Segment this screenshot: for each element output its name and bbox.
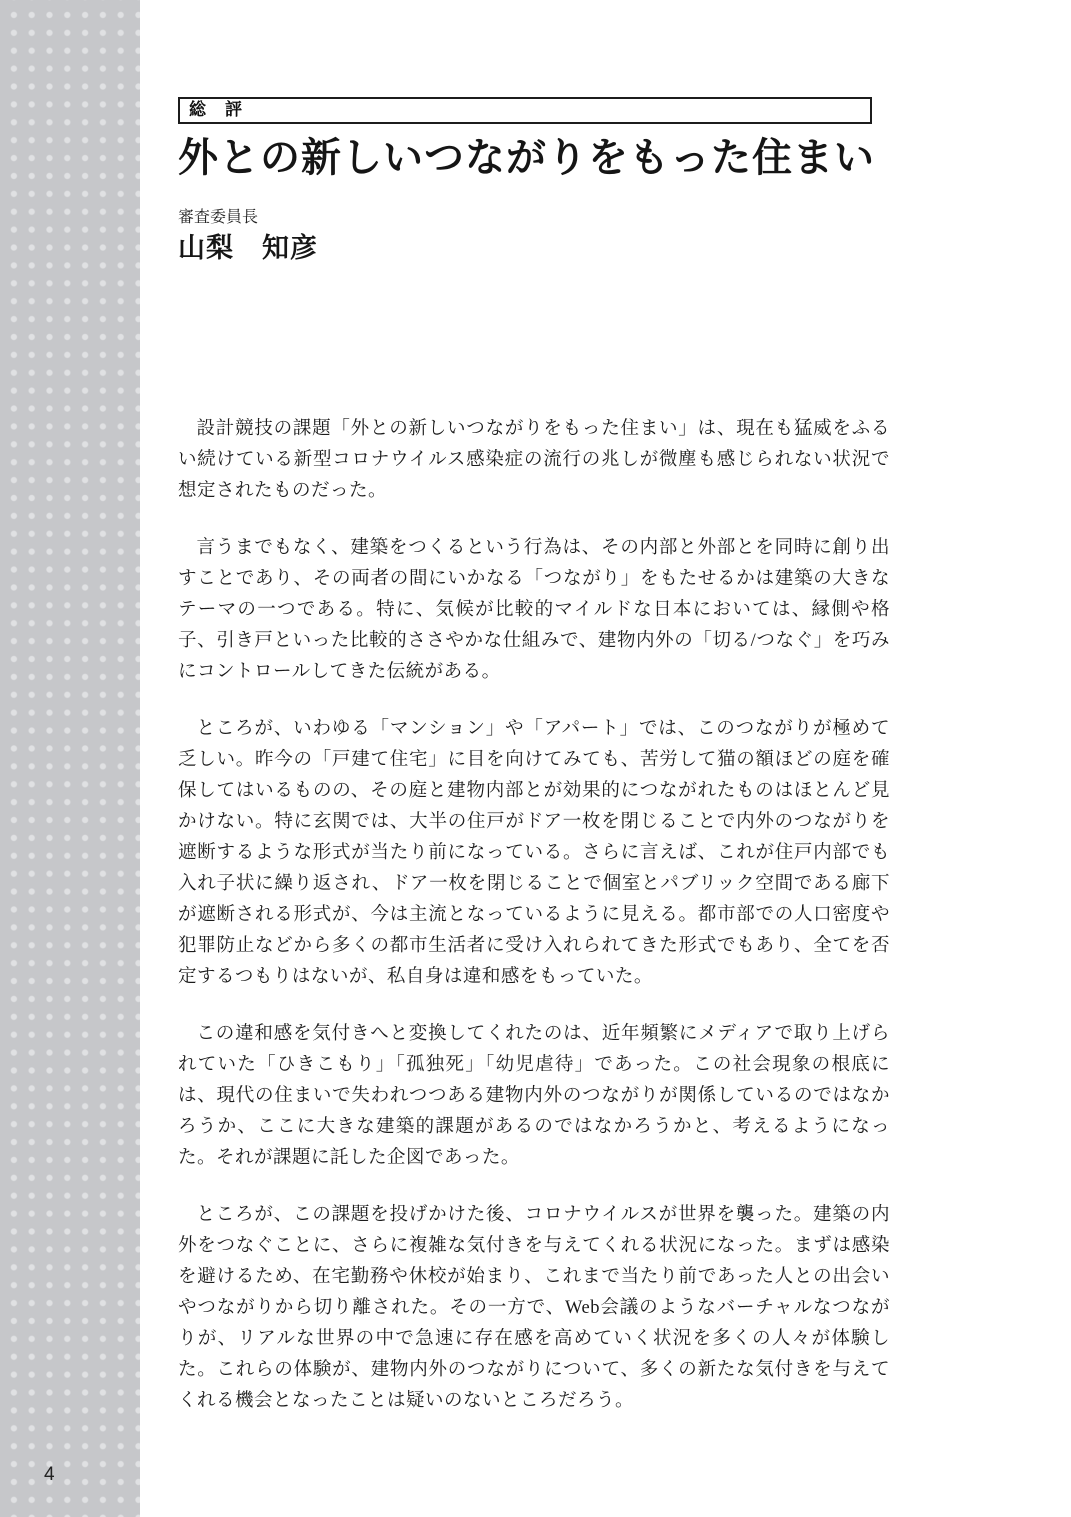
author-role: 審査委員長 [178, 208, 890, 227]
author-name: 山梨 知彦 [178, 231, 890, 266]
article-paragraph: ところが、この課題を投げかけた後、コロナウイルスが世界を襲った。建築の内外をつな… [178, 1200, 890, 1417]
document-page: { "page": { "number": "4" }, "header": {… [0, 0, 1071, 1517]
article-paragraph: ところが、いわゆる「マンション」や「アパート」では、このつながりが極めて乏しい。… [178, 714, 890, 993]
page-title: 外との新しいつながりをもった住まい [178, 135, 890, 181]
section-label-box: 総 評 [178, 97, 872, 124]
article-paragraph: 言うまでもなく、建築をつくるという行為は、その内部と外部とを同時に創り出すことで… [178, 533, 890, 688]
page-content: 総 評 外との新しいつながりをもった住まい 審査委員長 山梨 知彦 設計競技の課… [178, 97, 890, 1443]
article-body: 設計競技の課題「外との新しいつながりをもった住まい」は、現在も猛威をふるい続けて… [178, 414, 890, 1417]
page-number: 4 [44, 1464, 55, 1486]
article-paragraph: 設計競技の課題「外との新しいつながりをもった住まい」は、現在も猛威をふるい続けて… [178, 414, 890, 507]
section-label: 総 評 [189, 101, 243, 120]
article-paragraph: この違和感を気付きへと変換してくれたのは、近年頻繁にメディアで取り上げられていた… [178, 1019, 890, 1174]
dot-pattern-strip [0, 0, 140, 1517]
